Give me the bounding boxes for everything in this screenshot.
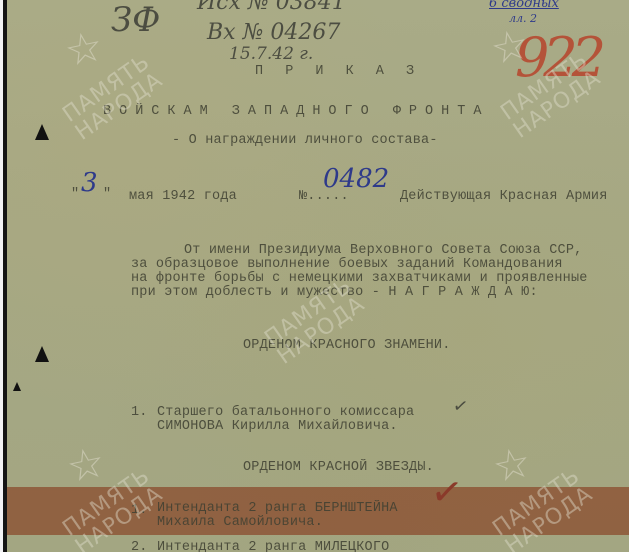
order-number: 0482	[323, 164, 389, 194]
subject-line: - О награждении личного состава-	[172, 133, 438, 148]
award-heading-red-banner: ОРДЕНОМ КРАСНОГО ЗНАМЕНИ.	[243, 338, 451, 353]
award-entry-rank: Старшего батальонного комиссара	[157, 405, 414, 420]
punch-hole-icon	[13, 382, 21, 391]
date-month-year: мая 1942 года	[129, 189, 237, 204]
award-entry-rank: Интенданта 2 ранга МИЛЕЦКОГО	[157, 540, 389, 552]
award-heading-red-star: ОРДЕНОМ КРАСНОЙ ЗВЕЗДЫ.	[243, 460, 434, 475]
award-entry-number: 1.	[131, 405, 148, 420]
preamble-line-1: От имени Президиума Верховного Совета Со…	[184, 243, 582, 258]
award-entry-name: СИМОНОВА Кирилла Михайловича.	[157, 419, 398, 434]
handwritten-incoming-number: Вх № 04267	[207, 20, 340, 45]
preamble-line-3: на фронте борьбы с немецкими захватчикам…	[131, 271, 588, 286]
award-entry-number: 2.	[131, 540, 148, 552]
checkmark-icon: ✓	[428, 468, 466, 516]
award-entry-name: Михаила Самойловича.	[157, 515, 323, 530]
preamble-line-4: при этом доблесть и мужество - Н А Г Р А…	[131, 285, 538, 300]
watermark-star-icon: ☆	[61, 25, 107, 74]
scanned-document: ЗФ Исх № 03841 Вх № 04267 15.7.42 г. 6 с…	[7, 0, 629, 552]
watermark-star-icon: ☆	[489, 441, 535, 490]
punch-hole-icon	[35, 346, 49, 362]
document-title: П Р И К А З	[255, 64, 421, 79]
punch-hole-icon	[35, 124, 49, 140]
date-quote-close: "	[103, 187, 111, 202]
army-location: Действующая Красная Армия	[400, 189, 608, 204]
award-entry-number: 1.	[131, 503, 148, 518]
date-day: 3	[81, 168, 98, 198]
handwritten-outgoing-number: Исх № 03841	[197, 0, 346, 15]
watermark-star-icon: ☆	[63, 441, 109, 490]
date-quote-open: "	[71, 187, 79, 202]
checkmark-icon: ✓	[451, 395, 470, 418]
page-frame: ЗФ Исх № 03841 Вх № 04267 15.7.42 г. 6 с…	[0, 0, 629, 552]
addressee: ВОЙСКАМ ЗАПАДНОГО ФРОНТА	[103, 104, 489, 119]
preamble-line-2: за образцовое выполнение боевых заданий …	[131, 257, 563, 272]
award-entry-rank: Интенданта 2 ранга БЕРНШТЕЙНА	[157, 501, 398, 516]
handwritten-code: ЗФ	[111, 0, 160, 40]
handwritten-incoming-date: 15.7.42 г.	[229, 44, 313, 64]
corner-note-line1: 6 сводных	[489, 0, 559, 11]
